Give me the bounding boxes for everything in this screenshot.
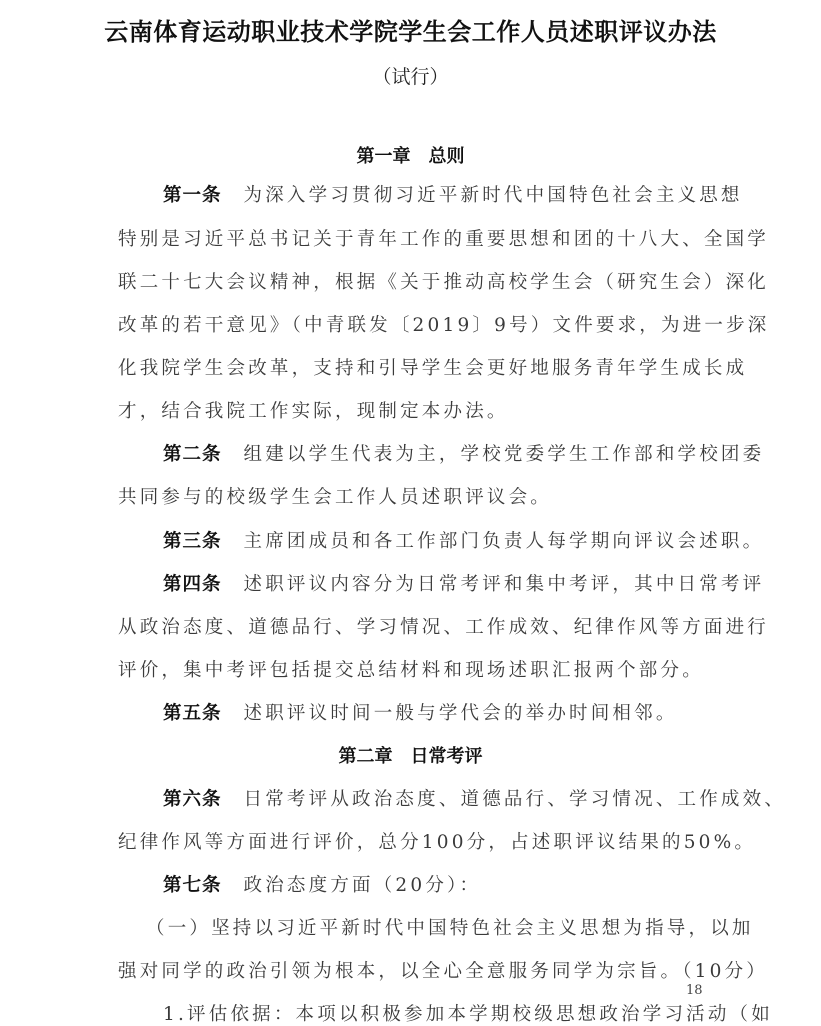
chapter-heading-2: 第二章 日常考评 (0, 742, 821, 768)
article-label: 第六条 (163, 789, 222, 810)
article-1-line-6: 才，结合我院工作实际，现制定本办法。 (118, 397, 708, 423)
document-subtitle: （试行） (0, 62, 821, 89)
page-number: 18 (686, 983, 703, 998)
article-4-line-1: 第四条述职评议内容分为日常考评和集中考评，其中日常考评 (163, 570, 753, 596)
article-2-line-1: 第二条组建以学生代表为主，学校党委学生工作部和学校团委 (163, 440, 753, 466)
article-label: 第二条 (163, 444, 222, 465)
article-5-line-1: 第五条述职评议时间一般与学代会的举办时间相邻。 (163, 699, 753, 725)
clause-1-line-1: （一）坚持以习近平新时代中国特色社会主义思想为指导，以加 (146, 914, 736, 940)
article-6-line-2: 纪律作风等方面进行评价，总分100分，占述职评议结果的50%。 (118, 828, 708, 854)
article-label: 第五条 (163, 703, 222, 724)
article-1-line-4: 改革的若干意见》（中青联发〔2019〕9号）文件要求，为进一步深 (118, 311, 708, 337)
article-4-line-2: 从政治态度、道德品行、学习情况、工作成效、纪律作风等方面进行 (118, 613, 708, 639)
clause-2-line-1: 1.评估依据：本项以积极参加本学期校级思想政治学习活动（如 (163, 1000, 753, 1026)
article-3-line-1: 第三条主席团成员和各工作部门负责人每学期向评议会述职。 (163, 527, 753, 553)
article-1-line-3: 联二十七大会议精神，根据《关于推动高校学生会（研究生会）深化 (118, 268, 708, 294)
article-1-line-2: 特别是习近平总书记关于青年工作的重要思想和团的十八大、全国学 (118, 225, 708, 251)
chapter-heading-1: 第一章 总则 (0, 142, 821, 168)
article-label: 第七条 (163, 875, 222, 896)
clause-1-line-2: 强对同学的政治引领为根本，以全心全意服务同学为宗旨。（10分） (118, 957, 708, 983)
article-6-line-1: 第六条日常考评从政治态度、道德品行、学习情况、工作成效、 (163, 785, 753, 811)
article-label: 第一条 (163, 185, 222, 206)
article-2-line-2: 共同参与的校级学生会工作人员述职评议会。 (118, 483, 708, 509)
article-1-line-5: 化我院学生会改革，支持和引导学生会更好地服务青年学生成长成 (118, 354, 708, 380)
article-label: 第三条 (163, 531, 222, 552)
article-7-line-1: 第七条政治态度方面（20分）： (163, 871, 753, 897)
document-page: 云南体育运动职业技术学院学生会工作人员述职评议办法 （试行） 第一章 总则 第一… (0, 0, 821, 1026)
article-label: 第四条 (163, 574, 222, 595)
article-1-line-1: 第一条为深入学习贯彻习近平新时代中国特色社会主义思想 (163, 181, 753, 207)
article-4-line-3: 评价，集中考评包括提交总结材料和现场述职汇报两个部分。 (118, 656, 708, 682)
document-title: 云南体育运动职业技术学院学生会工作人员述职评议办法 (0, 12, 821, 47)
